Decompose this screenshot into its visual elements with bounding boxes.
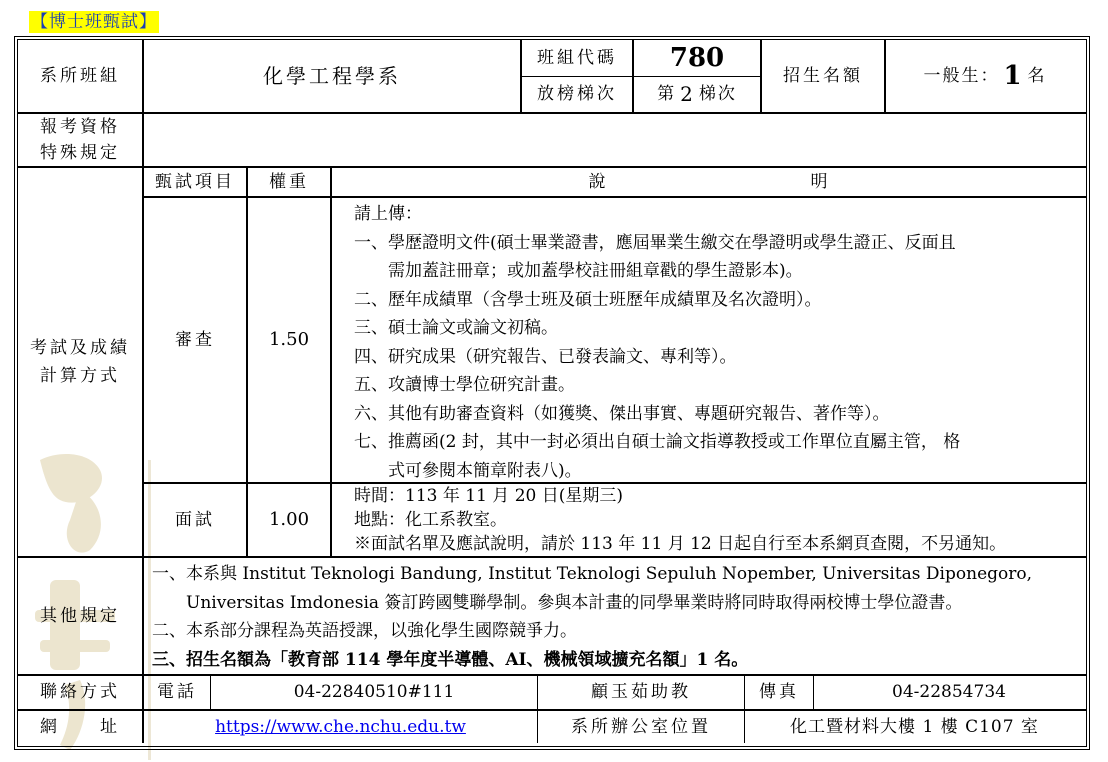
interview-description: 時間：113 年 11 月 20 日(星期三) 地點：化工系教室。 ※面試名單及…: [354, 484, 1006, 556]
eligibility-label: 報考資格 特殊規定: [18, 114, 142, 166]
desc-line: 地點：化工系教室。: [354, 508, 1006, 532]
batch-suffix: 梯次: [699, 81, 737, 107]
contact-person: 顧玉茹助教: [538, 676, 744, 709]
rule-line: Universitas Imdonesia 簽訂跨國雙聯學制。參與本計畫的同學畢…: [152, 589, 1032, 618]
batch-value: 第 2 梯次: [634, 77, 760, 112]
exam-label-line2: 計算方式: [40, 362, 120, 390]
column-header-desc-right: 明: [811, 169, 828, 195]
admission-table-inner: 系所班組 化學工程學系 班組代碼 780 放榜梯次 第 2 梯次 招生名額 一般…: [17, 39, 1087, 747]
website-cell: https://www.che.nchu.edu.tw: [144, 711, 537, 743]
dept-label: 系所班組: [18, 40, 142, 112]
quota-number: 1: [1003, 56, 1023, 96]
quota-label: 招生名額: [762, 40, 884, 112]
review-weight: 1.50: [248, 198, 330, 482]
desc-line: ※面試名單及應試說明，請於 113 年 11 月 12 日起自行至本系網頁查閱，…: [354, 532, 1006, 556]
review-item: 審查: [144, 198, 246, 482]
interview-item: 面試: [144, 484, 246, 556]
desc-line: 需加蓋註冊章；或加蓋學校註冊組章戳的學生證影本)。: [354, 257, 960, 286]
desc-line: 二、歷年成績單（含學士班及碩士班歷年成績單及名次證明）。: [354, 286, 960, 315]
code-value: 780: [634, 40, 760, 76]
fax-value: 04-22854734: [814, 676, 1084, 709]
eligibility-label-line1: 報考資格: [40, 114, 120, 140]
desc-line: 六、其他有助審查資料（如獲獎、傑出事實、專題研究報告、著作等）。: [354, 400, 960, 429]
desc-line: 式可參閱本簡章附表八)。: [354, 457, 960, 486]
desc-line: 五、攻讀博士學位研究計畫。: [354, 371, 960, 400]
desc-line: 一、學歷證明文件(碩士畢業證書，應屆畢業生繳交在學證明或學生證正、反面且: [354, 229, 960, 258]
batch-label: 放榜梯次: [522, 77, 632, 112]
desc-line: 三、碩士論文或論文初稿。: [354, 314, 960, 343]
website-link[interactable]: https://www.che.nchu.edu.tw: [215, 714, 466, 740]
rule-line: 二、本系部分課程為英語授課，以強化學生國際競爭力。: [152, 617, 1032, 646]
website-label: 網 址: [18, 711, 142, 743]
exam-label: 考試及成績 計算方式: [18, 168, 142, 556]
interview-weight: 1.00: [248, 484, 330, 556]
rule-line: 三、招生名額為「教育部 114 學年度半導體、AI、機械領域擴充名額」1 名。: [152, 646, 1032, 675]
rule-line: 一、本系與 Institut Teknologi Bandung, Instit…: [152, 560, 1032, 589]
column-header-desc-left: 說: [589, 169, 606, 195]
desc-line: 時間：113 年 11 月 20 日(星期三): [354, 484, 1006, 508]
batch-prefix: 第: [657, 81, 676, 107]
column-header-description: 說 明: [332, 168, 1084, 196]
divider: [330, 168, 332, 556]
office-value: 化工暨材料大樓 1 樓 C107 室: [745, 711, 1084, 743]
eligibility-value: [144, 114, 1084, 166]
other-label: 其他規定: [18, 558, 142, 674]
phone-label: 電話: [144, 676, 210, 709]
review-description: 請上傳： 一、學歷證明文件(碩士畢業證書，應屆畢業生繳交在學證明或學生證正、反面…: [354, 200, 960, 485]
quota-prefix: 一般生：: [923, 63, 999, 89]
dept-name: 化學工程學系: [144, 40, 520, 112]
fax-label: 傳真: [745, 676, 813, 709]
phone-value: 04-22840510#111: [211, 676, 537, 709]
office-label: 系所辦公室位置: [538, 711, 744, 743]
column-header-item: 甄試項目: [144, 168, 246, 196]
quota-suffix: 名: [1028, 63, 1047, 89]
section-tag: 【博士班甄試】: [29, 11, 159, 33]
batch-number: 2: [680, 79, 695, 110]
code-label: 班組代碼: [522, 40, 632, 76]
quota-value: 一般生： 1 名: [886, 40, 1084, 112]
column-header-weight: 權重: [248, 168, 330, 196]
contact-label: 聯絡方式: [18, 676, 142, 709]
eligibility-label-line2: 特殊規定: [40, 140, 120, 166]
other-rules: 一、本系與 Institut Teknologi Bandung, Instit…: [152, 560, 1032, 674]
desc-line: 請上傳：: [354, 200, 960, 229]
desc-line: 七、推薦函(2 封，其中一封必須出自碩士論文指導教授或工作單位直屬主管， 格: [354, 428, 960, 457]
divider: [18, 556, 1086, 558]
desc-line: 四、研究成果（研究報告、已發表論文、專利等）。: [354, 343, 960, 372]
admission-table: 系所班組 化學工程學系 班組代碼 780 放榜梯次 第 2 梯次 招生名額 一般…: [14, 36, 1090, 750]
exam-label-line1: 考試及成績: [30, 334, 130, 362]
